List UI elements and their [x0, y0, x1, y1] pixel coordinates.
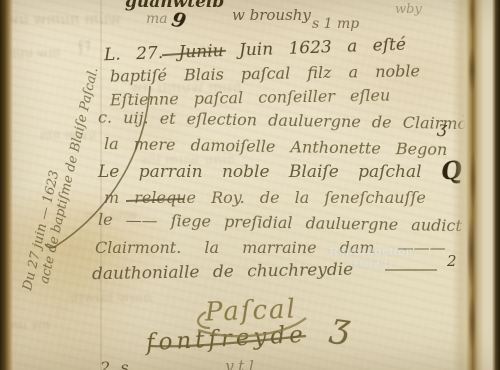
top-cut-text-fragment: s 1 mp: [312, 16, 359, 32]
page-left-edge: [0, 0, 13, 370]
signature-pascal: Paſcal: [205, 296, 298, 325]
bottom-cut-text-fragment: 2. s.: [100, 358, 134, 370]
top-cut-text-fragment: ma: [146, 11, 168, 27]
manuscript-line: dauthonialle de chuchreydie: [92, 262, 354, 284]
manuscript-line: m releque Roy. de la ſeneſchauſſe: [104, 190, 426, 206]
bleedthrough-line: wum numw uw: [6, 10, 121, 28]
bleedthrough-line: muw nuwm: [70, 290, 152, 306]
archive-watermark: interdite: [350, 259, 395, 269]
book-binding-edge: [452, 0, 500, 370]
archive-watermark: Reproduction: [330, 246, 414, 258]
top-cut-text-fragment: wby: [395, 2, 422, 17]
manuscript-photo: wum numw uw mw uum num wumu nw uwm nm mn…: [0, 0, 500, 370]
margin-fold-line: [100, 0, 102, 370]
manuscript-line: Le parrain noble Blaiſe paſchal: [98, 164, 422, 181]
bottom-cut-text-fragment: y t l: [225, 357, 254, 370]
top-cut-text-fragment: w broushy: [232, 6, 311, 24]
